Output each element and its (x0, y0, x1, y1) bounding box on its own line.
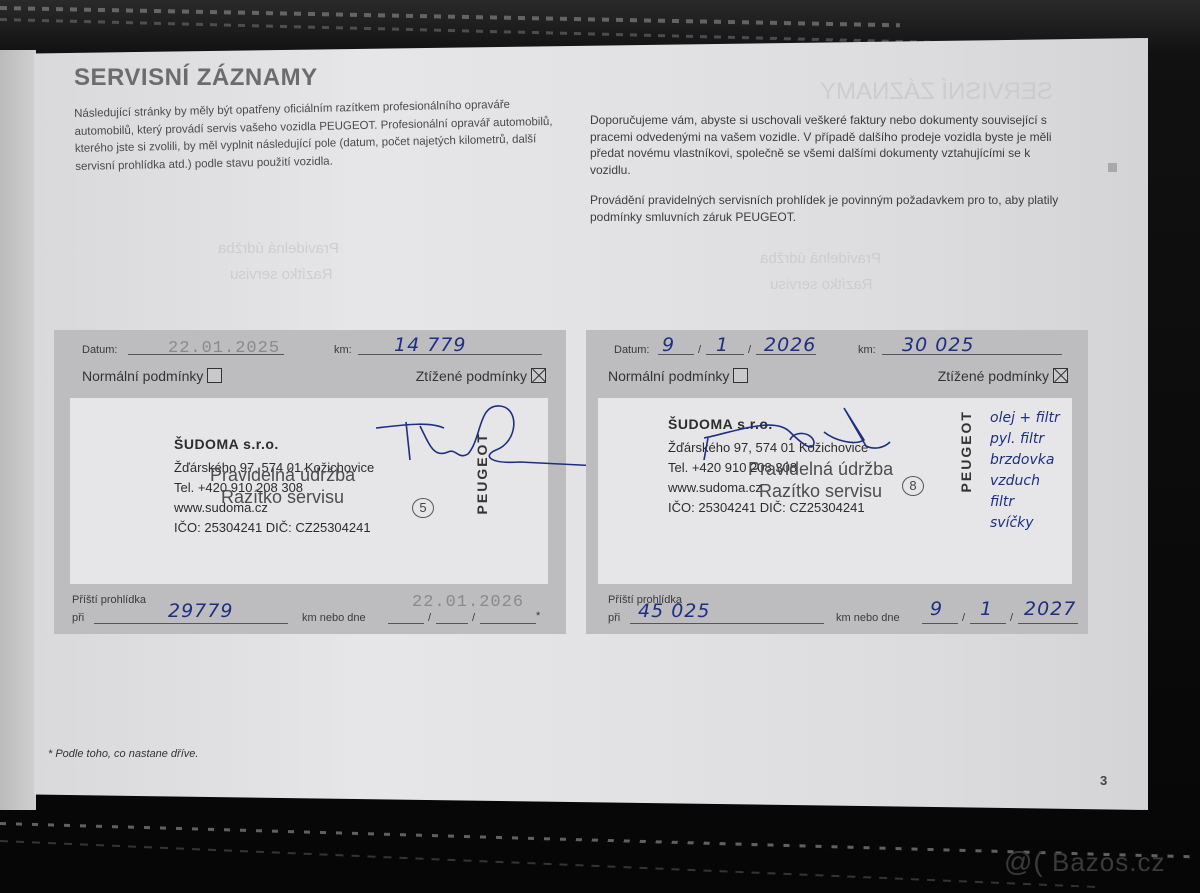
ghost-text: Razítko servisu (770, 276, 873, 293)
next-year-line (1018, 623, 1078, 624)
next-year-line (480, 623, 536, 624)
service-stamp-area: ŠUDOMA s.r.o. Žďárského 97, 574 01 Kožic… (70, 398, 548, 584)
overlay-service-stamp: Razítko servisu (748, 480, 893, 502)
dealer-ids: IČO: 25304241 DIČ: CZ25304241 (174, 518, 374, 538)
bazos-site-name: Bazos.cz (1052, 847, 1166, 877)
next-day-handwritten: 9 (930, 598, 943, 620)
page-edge (0, 50, 36, 810)
note-line: pyl. filtr (990, 429, 1060, 450)
next-date-stamp-value: 22.01.2026 (412, 593, 524, 612)
difficult-conditions-label: Ztížené podmínky (938, 368, 1049, 384)
next-month-handwritten: 1 (980, 598, 993, 620)
date-month-handwritten: 1 (716, 334, 729, 356)
note-line: brzdovka (990, 450, 1060, 471)
difficult-conditions-checkbox-checked[interactable] (1053, 368, 1068, 383)
next-service-label: Příští prohlídka (72, 594, 146, 606)
km-label: km: (858, 344, 876, 356)
asterisk: * (536, 610, 540, 622)
intro-right-paragraphs: Doporučujeme vám, abyste si uschovali ve… (590, 112, 1060, 225)
page-marker (1108, 163, 1117, 172)
overlay-regular-maintenance: Pravidelná údržba (210, 464, 355, 486)
page-number: 3 (1100, 773, 1107, 788)
dealer-name: ŠUDOMA s.r.o. (174, 434, 374, 454)
ghost-mirror-title: SERVISNÍ ZÁZNAMY (820, 78, 1053, 106)
slash: / (428, 612, 431, 624)
service-record-card: Datum: 22.01.2025 km: 14 779 Normální po… (54, 330, 566, 634)
normal-conditions-label: Normální podmínky (608, 368, 729, 384)
km-or-date-label: km nebo dne (836, 612, 900, 624)
date-km-row: Datum: 22.01.2025 km: 14 779 (82, 336, 546, 358)
next-day-line (388, 623, 424, 624)
next-service-row: Příští prohlídka při 45 025 km nebo dne … (604, 592, 1068, 628)
normal-conditions-checkbox[interactable] (207, 368, 222, 383)
conditions-row: Normální podmínky Ztížené podmínky (82, 366, 546, 388)
conditions-row: Normální podmínky Ztížené podmínky (614, 366, 1068, 388)
signature-icon (694, 402, 894, 462)
normal-conditions-option[interactable]: Normální podmínky (82, 368, 222, 384)
ghost-text: Razítko servisu (230, 266, 333, 283)
intro-left-paragraph: Následující stránky by měly být opatřeny… (74, 96, 555, 176)
footnote: * Podle toho, co nastane dříve. (48, 748, 198, 760)
slash: / (748, 344, 751, 356)
next-day-line (922, 623, 958, 624)
normal-conditions-label: Normální podmínky (82, 368, 203, 384)
date-km-row: Datum: / / 9 1 2026 km: 30 025 (614, 336, 1068, 358)
km-or-date-label: km nebo dne (302, 612, 366, 624)
ghost-text: Pravidelná údržba (760, 250, 881, 267)
page-title: SERVISNÍ ZÁZNAMY (74, 64, 318, 92)
next-km-handwritten: 29779 (168, 600, 233, 622)
intro-right-paragraph: Provádění pravidelných servisních prohlí… (590, 192, 1060, 225)
note-line: svíčky (990, 513, 1060, 534)
difficult-conditions-option[interactable]: Ztížené podmínky (938, 368, 1068, 384)
service-stamp-area: ŠUDOMA s.r.o. Žďárského 97, 574 01 Kožic… (598, 398, 1072, 584)
km-label: km: (334, 344, 352, 356)
difficult-conditions-label: Ztížené podmínky (416, 368, 527, 384)
peugeot-logo-text: PEUGEOT (958, 410, 974, 492)
normal-conditions-checkbox[interactable] (733, 368, 748, 383)
next-km-line (630, 623, 824, 624)
next-service-row: Příští prohlídka při 29779 km nebo dne /… (72, 592, 546, 628)
intro-right-paragraph: Doporučujeme vám, abyste si uschovali ve… (590, 112, 1060, 178)
slash: / (698, 344, 701, 356)
difficult-conditions-checkbox-checked[interactable] (531, 368, 546, 383)
slash: / (962, 612, 965, 624)
signature-icon (370, 398, 600, 478)
difficult-conditions-option[interactable]: Ztížené podmínky (416, 368, 546, 384)
bazos-logo-icon: @( (1004, 846, 1044, 877)
next-service-at-label: při (608, 612, 620, 624)
next-year-handwritten: 2027 (1024, 598, 1076, 620)
note-line: filtr (990, 492, 1060, 513)
note-line: olej + filtr (990, 408, 1060, 429)
overlay-service-stamp: Razítko servisu (210, 486, 355, 508)
service-number-badge: 5 (412, 498, 434, 518)
note-line: vzduch (990, 471, 1060, 492)
next-month-line (970, 623, 1006, 624)
date-day-handwritten: 9 (662, 334, 675, 356)
slash: / (472, 612, 475, 624)
service-number-badge: 8 (902, 476, 924, 496)
date-year-handwritten: 2026 (764, 334, 816, 356)
bazos-watermark: @( Bazos.cz (1004, 846, 1165, 878)
slash: / (1010, 612, 1013, 624)
next-km-handwritten: 45 025 (638, 600, 710, 622)
handwritten-service-notes: olej + filtr pyl. filtr brzdovka vzduch … (990, 408, 1060, 534)
date-label: Datum: (82, 344, 117, 356)
next-month-line (436, 623, 468, 624)
km-handwritten: 30 025 (902, 334, 974, 356)
service-record-card: Datum: / / 9 1 2026 km: 30 025 Normální … (586, 330, 1088, 634)
ghost-text: Pravidelná údržba (218, 240, 339, 257)
km-handwritten: 14 779 (394, 334, 466, 356)
date-stamp-value: 22.01.2025 (168, 339, 280, 358)
date-label: Datum: (614, 344, 649, 356)
maintenance-overlay: Pravidelná údržba Razítko servisu (748, 458, 893, 502)
normal-conditions-option[interactable]: Normální podmínky (608, 368, 748, 384)
maintenance-overlay: Pravidelná údržba Razítko servisu (210, 464, 355, 508)
next-km-line (94, 623, 288, 624)
next-service-at-label: při (72, 612, 84, 624)
